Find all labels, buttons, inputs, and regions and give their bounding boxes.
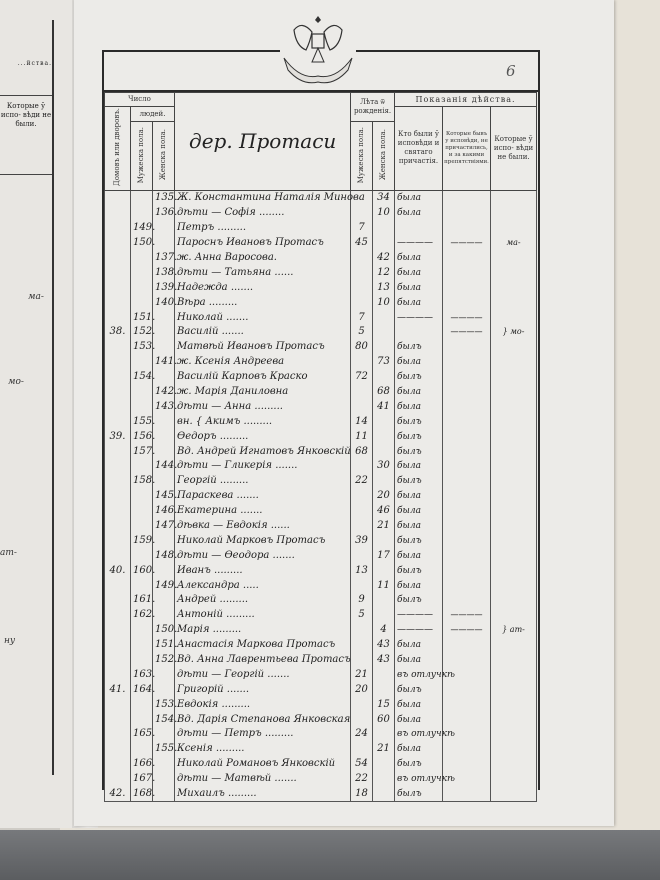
male-number: 155. [131, 414, 153, 429]
age-male [351, 251, 373, 266]
female-number [153, 787, 175, 802]
confession-status: была [395, 265, 443, 280]
age-female: 21 [373, 519, 395, 534]
confessed-not-communed [443, 370, 491, 385]
confessed-not-communed [443, 190, 491, 205]
table-row: 151.Николай .......7———————— [105, 310, 537, 325]
confession-status: ———— [395, 608, 443, 623]
age-female: 41 [373, 399, 395, 414]
household-number [105, 757, 131, 772]
confession-status: былъ [395, 682, 443, 697]
age-male: 20 [351, 682, 373, 697]
table-row: 153.Матвѣй Ивановъ Протасъ80былъ [105, 340, 537, 355]
confession-status: была [395, 190, 443, 205]
table-row: 152.Вд. Анна Лаврентьева Протасъ43была [105, 653, 537, 668]
household-number [105, 251, 131, 266]
female-number [153, 608, 175, 623]
male-number: 168. [131, 787, 153, 802]
male-number: 165. [131, 727, 153, 742]
person-name: Параскева ....... [175, 489, 351, 504]
age-female: 30 [373, 459, 395, 474]
household-number [105, 727, 131, 742]
confession-status: ———— [395, 623, 443, 638]
age-female [373, 444, 395, 459]
person-name: дѣти — Петръ ......... [175, 727, 351, 742]
male-number [131, 251, 153, 266]
register-page: 6 Число дер. Протаси Лѣта ѿ рожденія. По… [74, 0, 614, 826]
confession-status: была [395, 653, 443, 668]
household-number [105, 712, 131, 727]
confession-status: была [395, 251, 443, 266]
female-number [153, 533, 175, 548]
female-number [153, 667, 175, 682]
male-number: 153. [131, 340, 153, 355]
confessed-not-communed [443, 206, 491, 221]
age-female: 4 [373, 623, 395, 638]
confessed-not-communed [443, 251, 491, 266]
confession-status: былъ [395, 533, 443, 548]
confession-status: былъ [395, 340, 443, 355]
female-number [153, 221, 175, 236]
household-number [105, 653, 131, 668]
age-female: 11 [373, 578, 395, 593]
confession-status: въ отлучкѣ [395, 667, 443, 682]
male-number: 167. [131, 772, 153, 787]
not-confessed-note [491, 459, 537, 474]
table-row: 148.дѣти — Өеодора .......17была [105, 548, 537, 563]
male-number [131, 399, 153, 414]
table-row: 158.Георгій .........22былъ [105, 474, 537, 489]
table-row: 150.Пароснъ Ивановъ Протасъ45————————ма- [105, 236, 537, 251]
age-male: 5 [351, 608, 373, 623]
age-female [373, 772, 395, 787]
person-name: Василій Карповъ Краско [175, 370, 351, 385]
age-female: 21 [373, 742, 395, 757]
confessed-not-communed [443, 340, 491, 355]
not-confessed-note [491, 355, 537, 370]
age-female: 17 [373, 548, 395, 563]
male-number: 157. [131, 444, 153, 459]
table-row: 41.164.Григорій .......20былъ [105, 682, 537, 697]
age-male [351, 399, 373, 414]
not-confessed-note: } ат- [491, 623, 537, 638]
confession-status: въ отлучкѣ [395, 727, 443, 742]
age-female [373, 370, 395, 385]
male-number [131, 504, 153, 519]
male-number [131, 459, 153, 474]
not-confessed-note: ма- [491, 236, 537, 251]
female-number: 140. [153, 295, 175, 310]
not-confessed-note [491, 429, 537, 444]
confession-status: была [395, 280, 443, 295]
person-name: дѣти — Гликерія ....... [175, 459, 351, 474]
household-number [105, 742, 131, 757]
age-male [351, 712, 373, 727]
header-persons-group: людей. [131, 107, 175, 122]
age-female [373, 236, 395, 251]
female-number [153, 682, 175, 697]
confession-status: была [395, 206, 443, 221]
female-number [153, 325, 175, 340]
person-name: Өедоръ ......... [175, 429, 351, 444]
age-male [351, 519, 373, 534]
person-name: Матвѣй Ивановъ Протасъ [175, 340, 351, 355]
confessed-not-communed [443, 519, 491, 534]
confession-status: была [395, 399, 443, 414]
age-male [351, 295, 373, 310]
confessed-not-communed: ———— [443, 325, 491, 340]
person-name: Антоній ......... [175, 608, 351, 623]
header-confessed-not-communed: Которые бывъ у исповѣди, не причастились… [443, 107, 491, 191]
table-row: 157.Вд. Андрей Игнатовъ Янковскій68былъ [105, 444, 537, 459]
village-title: дер. Протаси [175, 93, 351, 191]
female-number: 153. [153, 697, 175, 712]
left-page-header-fragment: ...йства. [0, 60, 52, 67]
table-row: 155.Ксенія .........21была [105, 742, 537, 757]
household-number [105, 697, 131, 712]
table-row: 154.Вд. Дарія Степанова Янковская60была [105, 712, 537, 727]
table-row: 137.ж. Анна Варосова.42была [105, 251, 537, 266]
not-confessed-note [491, 563, 537, 578]
left-page-note: мо- [8, 377, 24, 387]
male-number: 163. [131, 667, 153, 682]
female-number [153, 310, 175, 325]
male-number [131, 190, 153, 205]
confessed-not-communed [443, 653, 491, 668]
not-confessed-note [491, 444, 537, 459]
left-page-edge: ...йства. Которые у̑ испо- вѣди не были.… [0, 0, 73, 828]
header-age-group: Лѣта ѿ рожденія. [351, 93, 395, 122]
male-number: 152. [131, 325, 153, 340]
confession-status [395, 221, 443, 236]
age-female: 73 [373, 355, 395, 370]
person-name: ж. Анна Варосова. [175, 251, 351, 266]
household-number [105, 280, 131, 295]
age-male: 7 [351, 221, 373, 236]
not-confessed-note [491, 548, 537, 563]
table-row: 153.Евдокія .........15была [105, 697, 537, 712]
table-row: 144.дѣти — Гликерія .......30была [105, 459, 537, 474]
confessed-not-communed: ———— [443, 310, 491, 325]
female-number: 149. [153, 578, 175, 593]
household-number: 39. [105, 429, 131, 444]
household-number [105, 414, 131, 429]
person-name: дѣти — Анна ......... [175, 399, 351, 414]
not-confessed-note [491, 489, 537, 504]
age-male [351, 385, 373, 400]
confessed-not-communed: ———— [443, 236, 491, 251]
confessed-not-communed: ———— [443, 623, 491, 638]
confessed-not-communed [443, 221, 491, 236]
header-confessed: Кто были у̑ исповѣди и святаго причастія… [395, 107, 443, 191]
confessed-not-communed [443, 548, 491, 563]
female-number: 144. [153, 459, 175, 474]
table-row: 154.Василій Карповъ Краско72былъ [105, 370, 537, 385]
male-number [131, 519, 153, 534]
age-male [351, 280, 373, 295]
household-number [105, 519, 131, 534]
not-confessed-note [491, 385, 537, 400]
person-name: Николай Марковъ Протасъ [175, 533, 351, 548]
age-male: 21 [351, 667, 373, 682]
person-name: Евдокія ......... [175, 697, 351, 712]
not-confessed-note [491, 190, 537, 205]
confession-status: была [395, 638, 443, 653]
left-page-column-header: Которые у̑ испо- вѣди не были. [0, 95, 52, 175]
confessed-not-communed [443, 459, 491, 474]
table-row: 149.Александра .....11была [105, 578, 537, 593]
male-number: 149. [131, 221, 153, 236]
header-confession-group: Показанія дѣйства. [395, 93, 537, 107]
male-number: 161. [131, 593, 153, 608]
male-number [131, 280, 153, 295]
age-male [351, 206, 373, 221]
person-name: Вѣра ......... [175, 295, 351, 310]
male-number: 151. [131, 310, 153, 325]
age-female: 12 [373, 265, 395, 280]
age-female: 13 [373, 280, 395, 295]
not-confessed-note [491, 712, 537, 727]
male-number [131, 206, 153, 221]
person-name: Анастасія Маркова Протасъ [175, 638, 351, 653]
female-number: 150. [153, 623, 175, 638]
not-confessed-note [491, 727, 537, 742]
not-confessed-note [491, 504, 537, 519]
age-female [373, 310, 395, 325]
age-female: 46 [373, 504, 395, 519]
person-name: Михаилъ ......... [175, 787, 351, 802]
age-female [373, 608, 395, 623]
person-name: дѣти — Софія ........ [175, 206, 351, 221]
person-name: Василій ....... [175, 325, 351, 340]
age-male [351, 697, 373, 712]
confessed-not-communed [443, 280, 491, 295]
age-male: 11 [351, 429, 373, 444]
person-name: ж. Марія Даниловна [175, 385, 351, 400]
age-male: 9 [351, 593, 373, 608]
female-number: 145. [153, 489, 175, 504]
person-name: Иванъ ......... [175, 563, 351, 578]
age-female [373, 429, 395, 444]
age-female [373, 787, 395, 802]
age-male [351, 548, 373, 563]
person-name: Ксенія ......... [175, 742, 351, 757]
table-row: 142.ж. Марія Даниловна68была [105, 385, 537, 400]
household-number [105, 236, 131, 251]
age-male: 72 [351, 370, 373, 385]
table-row: 38.152.Василій .......5————} мо- [105, 325, 537, 340]
confession-status: былъ [395, 563, 443, 578]
not-confessed-note [491, 295, 537, 310]
table-row: 165.дѣти — Петръ .........24въ отлучкѣ [105, 727, 537, 742]
confessed-not-communed [443, 399, 491, 414]
not-confessed-note [491, 474, 537, 489]
confession-status: былъ [395, 444, 443, 459]
confession-status: былъ [395, 370, 443, 385]
person-name: дѣвка — Евдокія ...... [175, 519, 351, 534]
confessed-not-communed [443, 355, 491, 370]
person-name: вн. { Акимъ ......... [175, 414, 351, 429]
male-number: 164. [131, 682, 153, 697]
confessed-not-communed [443, 682, 491, 697]
table-row: 151.Анастасія Маркова Протасъ43была [105, 638, 537, 653]
confessed-not-communed [443, 265, 491, 280]
household-number: 40. [105, 563, 131, 578]
table-row: 159.Николай Марковъ Протасъ39былъ [105, 533, 537, 548]
not-confessed-note [491, 280, 537, 295]
age-female [373, 474, 395, 489]
household-number [105, 548, 131, 563]
confessed-not-communed [443, 593, 491, 608]
female-number: 139. [153, 280, 175, 295]
male-number [131, 265, 153, 280]
confessed-not-communed [443, 385, 491, 400]
confession-status: была [395, 548, 443, 563]
confessed-not-communed [443, 742, 491, 757]
person-name: Надежда ....... [175, 280, 351, 295]
male-number [131, 653, 153, 668]
male-number [131, 385, 153, 400]
confessed-not-communed [443, 429, 491, 444]
table-row: 138.дѣти — Татьяна ......12была [105, 265, 537, 280]
person-name: Пароснъ Ивановъ Протасъ [175, 236, 351, 251]
age-female: 34 [373, 190, 395, 205]
male-number [131, 638, 153, 653]
age-female: 10 [373, 295, 395, 310]
not-confessed-note [491, 519, 537, 534]
header-age-female: Женска пола. [373, 122, 395, 191]
not-confessed-note [491, 608, 537, 623]
female-number [153, 340, 175, 355]
table-row: 146.Екатерина .......46была [105, 504, 537, 519]
male-number: 156. [131, 429, 153, 444]
male-number [131, 355, 153, 370]
female-number: 151. [153, 638, 175, 653]
confession-status: былъ [395, 787, 443, 802]
table-row: 145.Параскева .......20была [105, 489, 537, 504]
not-confessed-note [491, 593, 537, 608]
age-male: 80 [351, 340, 373, 355]
female-number: 143. [153, 399, 175, 414]
household-number [105, 593, 131, 608]
female-number: 138. [153, 265, 175, 280]
female-number: 154. [153, 712, 175, 727]
person-name: Николай Романовъ Янковскій [175, 757, 351, 772]
female-number: 135. [153, 190, 175, 205]
household-number [105, 667, 131, 682]
confessed-not-communed [443, 295, 491, 310]
person-name: Вд. Андрей Игнатовъ Янковскій [175, 444, 351, 459]
table-row: 149.Петръ .........7 [105, 221, 537, 236]
not-confessed-note [491, 265, 537, 280]
female-number [153, 429, 175, 444]
household-number [105, 370, 131, 385]
household-number [105, 340, 131, 355]
age-female [373, 414, 395, 429]
household-number [105, 385, 131, 400]
age-male: 22 [351, 474, 373, 489]
table-row: 141.ж. Ксенія Андреева73была [105, 355, 537, 370]
female-number: 148. [153, 548, 175, 563]
age-male: 14 [351, 414, 373, 429]
header-not-confessed: Которые у̑ испо- вѣди не были. [491, 107, 537, 191]
confession-status: была [395, 519, 443, 534]
age-male: 54 [351, 757, 373, 772]
male-number: 160. [131, 563, 153, 578]
desk-surface [0, 830, 660, 880]
person-name: Вд. Дарія Степанова Янковская [175, 712, 351, 727]
confession-status: былъ [395, 757, 443, 772]
confession-status: ———— [395, 310, 443, 325]
confession-status [395, 325, 443, 340]
confessed-not-communed [443, 757, 491, 772]
female-number [153, 474, 175, 489]
household-number [105, 474, 131, 489]
not-confessed-note [491, 667, 537, 682]
confessed-not-communed [443, 489, 491, 504]
not-confessed-note [491, 206, 537, 221]
age-male [351, 459, 373, 474]
female-number [153, 757, 175, 772]
household-number [105, 221, 131, 236]
male-number [131, 742, 153, 757]
household-number [105, 608, 131, 623]
female-number [153, 444, 175, 459]
household-number: 41. [105, 682, 131, 697]
male-number: 158. [131, 474, 153, 489]
not-confessed-note [491, 578, 537, 593]
person-name: дѣти — Өеодора ....... [175, 548, 351, 563]
confession-status: ———— [395, 236, 443, 251]
age-male: 68 [351, 444, 373, 459]
male-number: 166. [131, 757, 153, 772]
male-number: 154. [131, 370, 153, 385]
male-number [131, 489, 153, 504]
confessed-not-communed [443, 578, 491, 593]
not-confessed-note: } мо- [491, 325, 537, 340]
confession-status: былъ [395, 593, 443, 608]
age-female [373, 727, 395, 742]
household-number [105, 578, 131, 593]
female-number: 142. [153, 385, 175, 400]
female-number: 155. [153, 742, 175, 757]
not-confessed-note [491, 340, 537, 355]
person-name: дѣти — Матвѣй ....... [175, 772, 351, 787]
age-male [351, 623, 373, 638]
table-row: 143.дѣти — Анна .........41была [105, 399, 537, 414]
age-male: 7 [351, 310, 373, 325]
age-male [351, 653, 373, 668]
female-number: 137. [153, 251, 175, 266]
header-female: Женска пола. [153, 122, 175, 191]
age-female: 68 [373, 385, 395, 400]
age-male: 39 [351, 533, 373, 548]
person-name: Георгій ......... [175, 474, 351, 489]
household-number [105, 533, 131, 548]
not-confessed-note [491, 533, 537, 548]
household-number: 38. [105, 325, 131, 340]
not-confessed-note [491, 653, 537, 668]
left-page-frame-line [52, 20, 54, 775]
confession-status: была [395, 742, 443, 757]
header-households: Домовъ или дворовъ. [105, 107, 131, 191]
age-female [373, 563, 395, 578]
age-female: 43 [373, 653, 395, 668]
confession-status: была [395, 385, 443, 400]
not-confessed-note [491, 682, 537, 697]
left-page-note: ну [4, 636, 15, 646]
header-numbers-group: Число [105, 93, 175, 107]
